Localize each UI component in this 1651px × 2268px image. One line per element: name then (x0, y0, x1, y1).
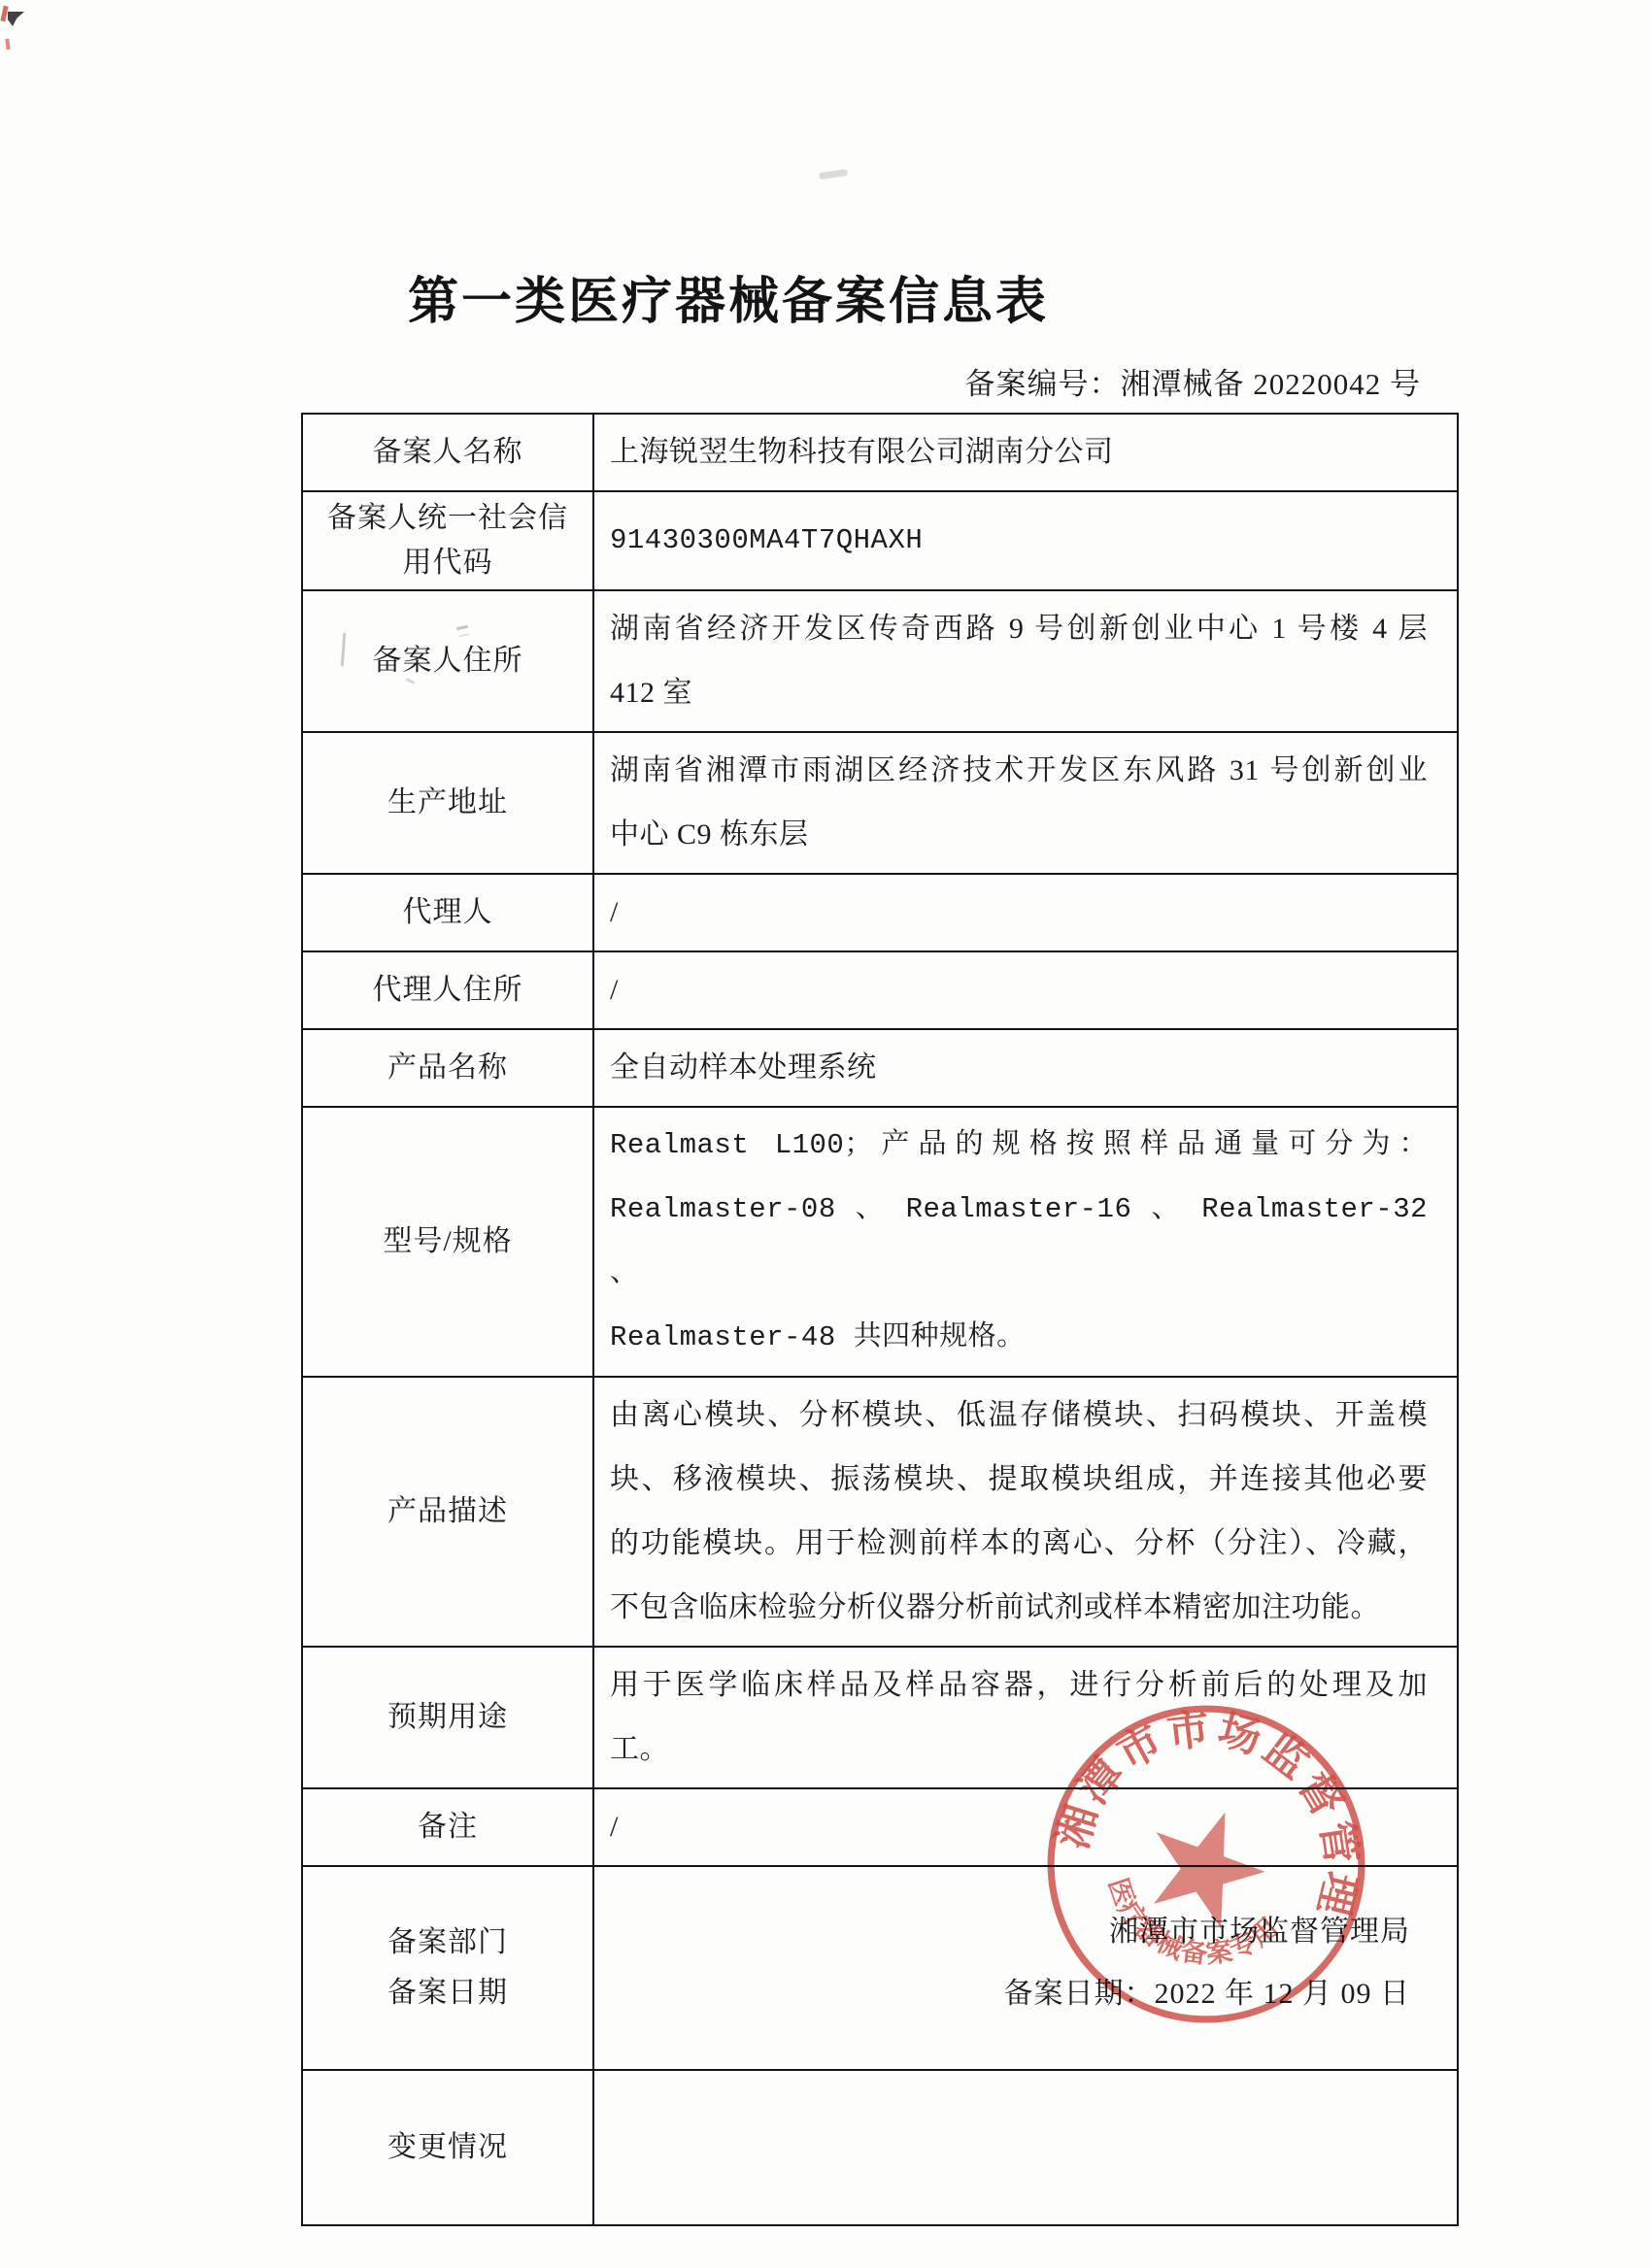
registration-table: 备案人名称 上海锐翌生物科技有限公司湖南分公司 备案人统一社会信用代码 9143… (301, 413, 1459, 2226)
page-title: 第一类医疗器械备案信息表 (0, 260, 1457, 333)
label-cell: 代理人住所 (302, 951, 593, 1029)
value-text: 由离心模块、分杯模块、低温存储模块、扫码模块、开盖模 (610, 1384, 1428, 1448)
value-text: 全自动样本处理系统 (610, 1036, 1428, 1100)
value-cell: 上海锐翌生物科技有限公司湖南分公司 (593, 414, 1458, 491)
table-row: 生产地址 湖南省湘潭市雨湖区经济技术开发区东风路 31 号创新创业 中心 C9 … (302, 732, 1458, 874)
scan-artifact (8, 12, 24, 26)
table-row: 代理人住所 / (302, 951, 1458, 1029)
label-cell: 产品描述 (302, 1377, 593, 1647)
filing-number-value: 湘潭械备 20220042 号 (1121, 367, 1422, 401)
filing-number: 备案编号：湘潭械备 20220042 号 (0, 359, 1421, 403)
value-cell: 湘潭市市场监督管理局 备案日期：2022 年 12 月 09 日 (593, 1866, 1458, 2070)
label-text: 备案部门 (327, 1918, 568, 1968)
table-row: 产品名称 全自动样本处理系统 (302, 1029, 1458, 1107)
label-cell: 备案人名称 (302, 414, 593, 491)
value-cell: / (593, 1788, 1458, 1866)
value-text: / (610, 1795, 1428, 1859)
value-text: 91430300MA4T7QHAXH (610, 509, 1428, 573)
value-cell: 由离心模块、分杯模块、低温存储模块、扫码模块、开盖模 块、移液模块、振荡模块、提… (593, 1377, 1458, 1647)
table-row: 备案人名称 上海锐翌生物科技有限公司湖南分公司 (302, 414, 1458, 491)
value-text: 不包含临床检验分析仪器分析前试剂或样本精密加注功能。 (610, 1576, 1428, 1640)
value-text: / (610, 881, 1428, 945)
value-cell: 全自动样本处理系统 (593, 1029, 1458, 1107)
label-text: 备案日期 (327, 1968, 568, 2018)
label-cell: 备案部门 备案日期 (302, 1866, 593, 2070)
label-cell: 生产地址 (302, 732, 593, 874)
value-text: 湖南省经济开发区传奇西路 9 号创新创业中心 1 号楼 4 层 (610, 597, 1428, 661)
value-text: 块、移液模块、振荡模块、提取模块组成，并连接其他必要 (610, 1448, 1428, 1512)
value-text: 工。 (610, 1718, 1428, 1782)
label-cell: 变更情况 (302, 2070, 593, 2225)
value-text: 用于医学临床样品及样品容器，进行分析前后的处理及加 (610, 1653, 1428, 1718)
value-text: 中心 C9 栋东层 (610, 803, 1428, 867)
table-row: 代理人 / (302, 874, 1458, 951)
value-text: / (610, 958, 1428, 1022)
value-cell: Realmast L100；产品的规格按照样品通量可分为： Realmaster… (593, 1107, 1458, 1377)
value-text: 上海锐翌生物科技有限公司湖南分公司 (610, 420, 1428, 484)
value-text: Realmast L100；产品的规格按照样品通量可分为： (610, 1114, 1428, 1178)
label-cell: 备案人统一社会信用代码 (302, 491, 593, 590)
value-cell: 湖南省经济开发区传奇西路 9 号创新创业中心 1 号楼 4 层 412 室 (593, 590, 1458, 732)
table-row: 预期用途 用于医学临床样品及样品容器，进行分析前后的处理及加 工。 (302, 1647, 1458, 1788)
table-row: 型号/规格 Realmast L100；产品的规格按照样品通量可分为： Real… (302, 1107, 1458, 1377)
label-cell: 型号/规格 (302, 1107, 593, 1377)
value-cell: / (593, 951, 1458, 1029)
table-row: 备案人住所 湖南省经济开发区传奇西路 9 号创新创业中心 1 号楼 4 层 41… (302, 590, 1458, 732)
value-cell: 用于医学临床样品及样品容器，进行分析前后的处理及加 工。 (593, 1647, 1458, 1788)
label-cell: 预期用途 (302, 1647, 593, 1788)
filing-department: 湘潭市市场监督管理局 (610, 1901, 1410, 1963)
filing-number-label: 备案编号： (965, 367, 1121, 401)
scan-artifact (819, 169, 849, 180)
label-cell: 备注 (302, 1788, 593, 1866)
value-cell: / (593, 874, 1458, 951)
document-page: 第一类医疗器械备案信息表 备案编号：湘潭械备 20220042 号 备案人名称 … (0, 0, 1651, 2268)
value-text: 412 室 (610, 661, 1428, 725)
table-row: 备注 / (302, 1788, 1458, 1866)
table-row: 变更情况 (302, 2070, 1458, 2225)
value-text: Realmaster-48 共四种规格。 (610, 1306, 1428, 1370)
value-cell: 湖南省湘潭市雨湖区经济技术开发区东风路 31 号创新创业 中心 C9 栋东层 (593, 732, 1458, 874)
value-text: 的功能模块。用于检测前样本的离心、分杯（分注）、冷藏， (610, 1512, 1428, 1576)
value-cell: 91430300MA4T7QHAXH (593, 491, 1458, 590)
table-row: 备案人统一社会信用代码 91430300MA4T7QHAXH (302, 491, 1458, 590)
label-cell: 备案人住所 (302, 590, 593, 732)
table-row: 备案部门 备案日期 湘潭市市场监督管理局 备案日期：2022 年 12 月 09… (302, 1866, 1458, 2070)
value-cell (593, 2070, 1458, 2225)
scan-artifact (5, 39, 10, 50)
label-cell: 代理人 (302, 874, 593, 951)
scan-artifact (0, 6, 8, 22)
filing-date: 备案日期：2022 年 12 月 09 日 (610, 1963, 1410, 2025)
value-text: Realmaster-08 、 Realmaster-16 、 Realmast… (610, 1178, 1428, 1306)
table-row: 产品描述 由离心模块、分杯模块、低温存储模块、扫码模块、开盖模 块、移液模块、振… (302, 1377, 1458, 1647)
label-cell: 产品名称 (302, 1029, 593, 1107)
value-text: 湖南省湘潭市雨湖区经济技术开发区东风路 31 号创新创业 (610, 739, 1428, 803)
